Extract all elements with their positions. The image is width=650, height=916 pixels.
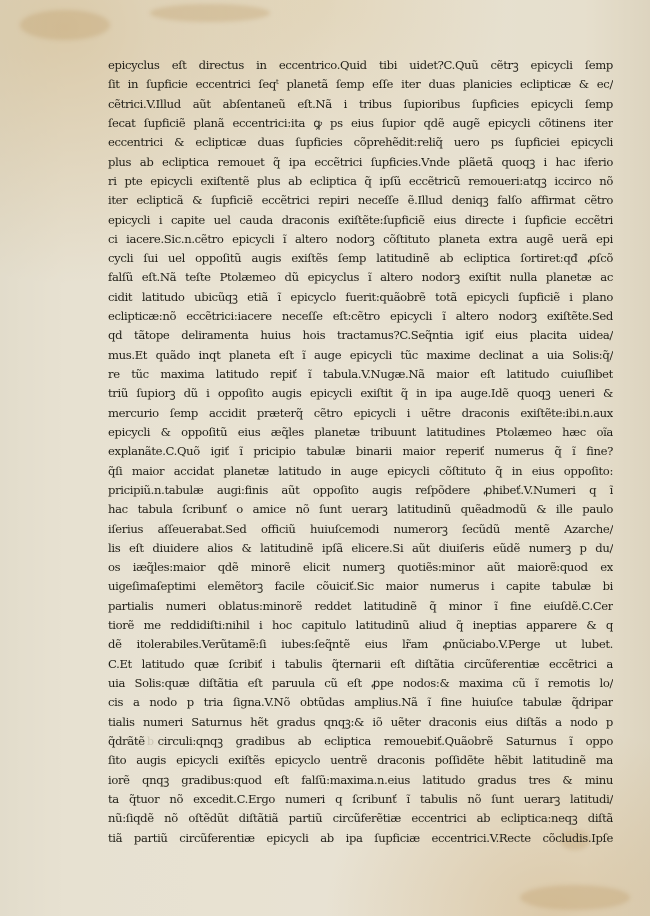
text-line: iorẽ qnqꝫ gradibus:quod eſt falſũ:maxima… bbox=[108, 771, 613, 790]
text-line: cycli ſui uel oppoſitũ augis exiſtẽs ſem… bbox=[108, 249, 613, 268]
text-line: hac tabula ſcribunť o amice nõ ſunt uera… bbox=[108, 500, 613, 519]
text-line: tiorẽ me reddidiſti:nihil i hoc capitulo… bbox=[108, 616, 613, 635]
text-line: explanãte.C.Quõ igiť ĩ pricipio tabulæ b… bbox=[108, 442, 613, 461]
text-line: epicycli & oppoſitũ eius æq̃les planetæ … bbox=[108, 423, 613, 442]
text-line: falſũ eſt.Nã teſte Ptolæmeo dũ epicyclus… bbox=[108, 268, 613, 287]
foxing-stain bbox=[150, 4, 270, 22]
text-line: ſecat ſupficiẽ planã eccentrici:ita ꝙ ps… bbox=[108, 114, 613, 133]
text-line: re tũc maxima latitudo repiť ĩ tabula.V.… bbox=[108, 365, 613, 384]
text-line: iter eclipticã & ſupficiẽ eccẽtrici repi… bbox=[108, 191, 613, 210]
text-line: ſito augis epicycli exiſtẽs epicyclo uen… bbox=[108, 751, 613, 770]
text-line: os iæq̃les:maior qdẽ minorẽ elicit numer… bbox=[108, 558, 613, 577]
text-line: epicyclus eſt directus in eccentrico.Qui… bbox=[108, 56, 613, 75]
text-line: q̃drãtẽ circuli:qnqꝫ gradibus ab eclipti… bbox=[108, 732, 613, 751]
foxing-stain bbox=[20, 10, 110, 40]
text-line: mercurio ſemp accidit præterq̃ cẽtro epi… bbox=[108, 404, 613, 423]
text-line: uigeſimaſeptimi elemẽtorꝫ facile cõuiciť… bbox=[108, 577, 613, 596]
text-line: cẽtrici.V.Illud aũt abſentaneũ eſt.Nã i … bbox=[108, 95, 613, 114]
text-line: nũ:ſiqdẽ nõ oſtẽdũt diſtãtiã partiũ circ… bbox=[108, 809, 613, 828]
text-line: q̃ſi maior accidat planetæ latitudo in a… bbox=[108, 462, 613, 481]
text-line: tiã partiũ circũferentiæ epicycli ab ipa… bbox=[108, 829, 613, 848]
text-line: qd tãtope deliramenta huius hois tractam… bbox=[108, 326, 613, 345]
text-line: tialis numeri Saturnus hẽt gradus qnqꝫ:&… bbox=[108, 713, 613, 732]
text-line: ri pte epicycli exiſtentẽ plus ab eclipt… bbox=[108, 172, 613, 191]
text-line: eccentrici & eclipticæ duas ſupficies cõ… bbox=[108, 133, 613, 152]
text-line: lis eſt diuidere alios & latitudinẽ ipſã… bbox=[108, 539, 613, 558]
text-line: mus.Et quãdo inqt planeta eſt ĩ auge epi… bbox=[108, 346, 613, 365]
text-line: ci iacere.Sic.n.cẽtro epicycli ĩ altero … bbox=[108, 230, 613, 249]
text-line: iſerius aſſeuerabat.Sed officiũ huiuſcem… bbox=[108, 520, 613, 539]
text-line: eclipticæ:nõ eccẽtrici:iacere neceſſe eſ… bbox=[108, 307, 613, 326]
text-line: pricipiũ.n.tabulæ augi:finis aũt oppoſit… bbox=[108, 481, 613, 500]
text-line: epicycli i capite uel cauda draconis exi… bbox=[108, 211, 613, 230]
text-line: uia Solis:quæ diſtãtia eſt paruula cũ eſ… bbox=[108, 674, 613, 693]
text-line: cis a nodo p tria ſigna.V.Nõ obtũdas amp… bbox=[108, 693, 613, 712]
text-line: plus ab ecliptica remouet q̃ ipa eccẽtri… bbox=[108, 153, 613, 172]
text-line: partialis numeri oblatus:minorẽ reddet l… bbox=[108, 597, 613, 616]
body-text: epicyclus eſt directus in eccentrico.Qui… bbox=[108, 56, 613, 848]
document-page: epicyclus eſt directus in eccentrico.Qui… bbox=[0, 0, 650, 916]
text-line: C.Et latitudo quæ ſcribiť i tabulis q̃te… bbox=[108, 655, 613, 674]
text-line: cidit latitudo ubicũqꝫ etiã ĩ epicyclo f… bbox=[108, 288, 613, 307]
foxing-stain bbox=[520, 885, 630, 910]
text-line: ta q̃tuor nõ excedit.C.Ergo numeri q ſcr… bbox=[108, 790, 613, 809]
faint-offset-mark: ui:c b bbox=[118, 735, 155, 748]
text-line: ſit in ſupficie eccentrici ſeqᵗ planetã … bbox=[108, 75, 613, 94]
text-line: dẽ itolerabiles.Verũtamẽ:ſi iubes:ſeq̃nt… bbox=[108, 635, 613, 654]
text-line: triũ ſupiorꝫ dũ i oppoſito augis epicycl… bbox=[108, 384, 613, 403]
